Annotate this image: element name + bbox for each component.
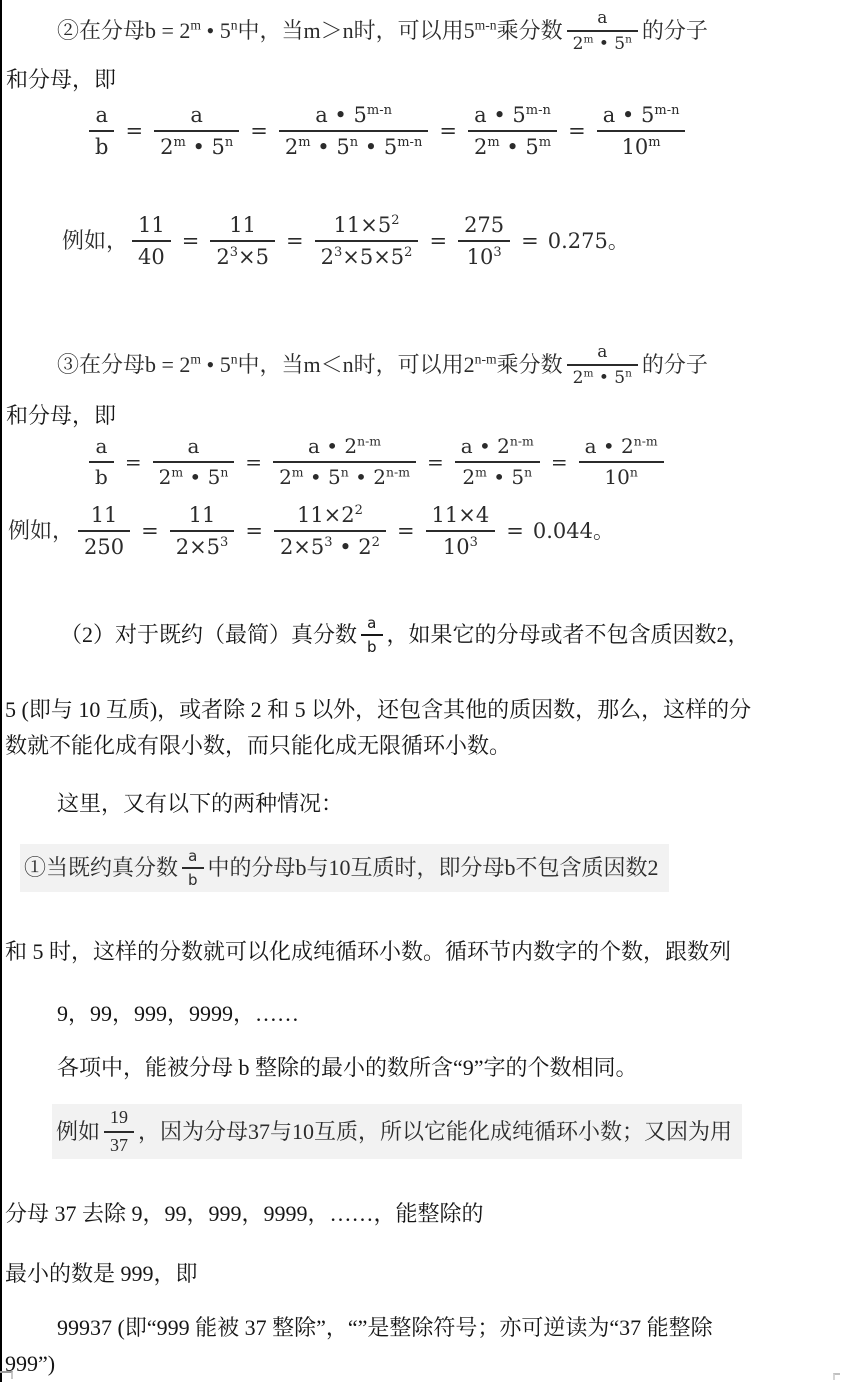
equals-sign: = <box>422 228 454 254</box>
fraction-denominator: 2×53 • 22 <box>274 532 386 560</box>
fraction-numerator: 11 <box>132 212 171 242</box>
paragraph-case3-line1: ③在分母b = 2m • 5n中，当m＜n时，可以用2n-m乘分数 a 2m •… <box>57 342 708 389</box>
equals-sign: = <box>175 228 207 254</box>
fraction-numerator: 275 <box>458 212 510 242</box>
fraction-numerator: a • 5m-n <box>597 102 686 132</box>
paragraph-nines-sequence: 9，99，999，9999，…… <box>57 996 299 1032</box>
fraction-denominator: 37 <box>104 1133 134 1157</box>
fraction: a • 5m-n 10m <box>597 102 686 161</box>
fraction-numerator: 11 <box>78 502 130 532</box>
fraction-denominator: 2m • 5n <box>455 463 540 490</box>
fraction-numerator: a <box>154 102 239 132</box>
equals-sign: = <box>499 518 531 544</box>
equals-sign: = <box>118 450 149 475</box>
equals-sign: = <box>432 118 464 144</box>
fraction-denominator: 23×5×52 <box>315 242 419 270</box>
paragraph-item2-line3: 数就不能化成有限小数，而只能化成无限循环小数。 <box>5 728 511 764</box>
fraction-denominator: 10n <box>579 463 664 490</box>
document-page: ②在分母b = 2m • 5n中，当m＞n时，可以用5m-n乘分数 a 2m •… <box>0 0 842 1382</box>
fraction-numerator: a <box>89 434 114 463</box>
example37-text1: 例如 <box>56 1114 100 1150</box>
fraction-numerator: a • 2n-m <box>579 434 664 463</box>
paragraph-and5: 和 5 时，这样的分数就可以化成纯循环小数。循环节内数字的个数，跟数列 <box>5 934 731 970</box>
paragraph-case2-text1: ②在分母b = 2m • 5n中，当m＞n时，可以用5m-n乘分数 <box>57 13 563 49</box>
paragraph-divide37: 分母 37 去除 9，99，999，9999，……，能整除的 <box>5 1196 484 1232</box>
fraction: a • 5m-n 2m • 5m <box>468 102 557 161</box>
fraction-denominator: 2m • 5n • 5m-n <box>279 132 428 160</box>
example-label: 例如， <box>8 518 74 546</box>
fraction: 11×4 103 <box>426 502 496 561</box>
equals-sign: = <box>238 450 269 475</box>
paragraph-terms: 各项中，能被分母 b 整除的最小的数所含“9”字的个数相同。 <box>57 1050 638 1086</box>
scroll-corner-mark-right <box>833 1373 840 1380</box>
fraction-denominator: 2m • 5m <box>468 132 557 160</box>
paragraph-example-19-37: 例如 19 37 ，因为分母37与10互质，所以它能化成纯循环小数；又因为用 <box>52 1104 742 1159</box>
fraction-a-over-b: a b <box>89 434 114 490</box>
fraction-numerator: a • 5m-n <box>468 102 557 132</box>
paragraph-subcase1: ①当既约真分数 a b 中的分母b与10互质时，即分母b不包含质因数2 <box>20 844 669 892</box>
example37-text2: ，因为分母37与10互质，所以它能化成纯循环小数；又因为用 <box>138 1114 732 1150</box>
fraction-a-over-b: a b <box>182 847 204 889</box>
example-label: 例如， <box>62 228 128 256</box>
formula-case3: a b = a 2m • 5n = a • 2n-m 2m • 5n • 2n-… <box>85 434 668 490</box>
paragraph-case2-line2: 和分母，即 <box>6 62 116 98</box>
fraction: 11 250 <box>78 502 130 561</box>
fraction-denominator: 103 <box>458 242 510 270</box>
example-result: 0.044。 <box>531 518 614 544</box>
fraction: a • 2n-m 2m • 5n • 2n-m <box>273 434 416 490</box>
paragraph-case3-line2: 和分母，即 <box>6 398 116 434</box>
fraction-numerator: a <box>153 434 235 463</box>
paragraph-case2-line1: ②在分母b = 2m • 5n中，当m＞n时，可以用5m-n乘分数 a 2m •… <box>57 8 708 55</box>
fraction: 11×22 2×53 • 22 <box>274 502 386 561</box>
paragraph-case2-text2: 的分子 <box>642 13 708 49</box>
paragraph-subcase1-text1: ①当既约真分数 <box>24 850 178 886</box>
fraction-denominator: 10m <box>597 132 686 160</box>
equals-sign: = <box>390 518 422 544</box>
paragraph-case3-text1: ③在分母b = 2m • 5n中，当m＜n时，可以用2n-m乘分数 <box>57 347 563 383</box>
paragraph-item2-text1: （2）对于既约（最简）真分数 <box>60 617 357 653</box>
fraction-denominator: 2×53 <box>170 532 235 560</box>
page-left-border <box>0 0 2 1382</box>
fraction-denominator: b <box>182 869 204 889</box>
fraction-denominator: 103 <box>426 532 496 560</box>
paragraph-smallest: 最小的数是 999，即 <box>5 1256 198 1292</box>
fraction-numerator: 11 <box>170 502 235 532</box>
example-result: 0.275。 <box>546 228 629 254</box>
fraction-numerator: 19 <box>104 1107 134 1133</box>
fraction: 11 2×53 <box>170 502 235 561</box>
fraction-denominator: 2m • 5n • 2n-m <box>273 463 416 490</box>
fraction-19-over-37: 19 37 <box>104 1107 134 1156</box>
fraction-numerator: a <box>361 614 383 636</box>
fraction-denominator: 250 <box>78 532 130 560</box>
equals-sign: = <box>279 228 311 254</box>
scroll-corner-mark-left <box>0 1371 13 1379</box>
fraction: 11 40 <box>132 212 171 271</box>
equals-sign: = <box>514 228 546 254</box>
fraction-numerator: 11×22 <box>274 502 386 532</box>
paragraph-item2-line1: （2）对于既约（最简）真分数 a b ，如果它的分母或者不包含质因数2， <box>60 614 750 656</box>
fraction: 275 103 <box>458 212 510 271</box>
fraction-numerator: a <box>567 8 638 32</box>
fraction-a-over-2m5n: a 2m • 5n <box>567 8 638 55</box>
paragraph-two-cases: 这里，又有以下的两种情况： <box>57 786 343 822</box>
equals-sign: = <box>134 518 166 544</box>
fraction-denominator: 2m • 5n <box>153 463 235 490</box>
example-case2: 例如， 11 40 = 11 23×5 = 11×52 23×5×52 = 27… <box>62 212 629 271</box>
fraction-denominator: b <box>89 132 114 160</box>
paragraph-item2-line2: 5 (即与 10 互质)，或者除 2 和 5 以外，还包含其他的质因数，那么，这… <box>5 692 751 728</box>
equals-sign: = <box>561 118 593 144</box>
fraction-numerator: 11 <box>210 212 275 242</box>
fraction-numerator: 11×52 <box>315 212 419 242</box>
paragraph-note-line1: 99937 (即“999 能被 37 整除”，“”是整除符号；亦可逆读为“37 … <box>57 1310 713 1346</box>
fraction-denominator: 2m • 5n <box>567 32 638 54</box>
fraction-a-over-b: a b <box>89 102 114 161</box>
example-case3: 例如， 11 250 = 11 2×53 = 11×22 2×53 • 22 =… <box>8 502 614 561</box>
fraction-numerator: a • 2n-m <box>455 434 540 463</box>
fraction-a-over-2m5n: a 2m • 5n <box>567 342 638 389</box>
equals-sign: = <box>238 518 270 544</box>
fraction-denominator: 40 <box>132 242 171 270</box>
equals-sign: = <box>420 450 451 475</box>
fraction: 11 23×5 <box>210 212 275 271</box>
fraction-a-over-b: a b <box>361 614 383 656</box>
paragraph-subcase1-text2: 中的分母b与10互质时，即分母b不包含质因数2 <box>208 850 659 886</box>
fraction-numerator: a • 5m-n <box>279 102 428 132</box>
paragraph-item2-text2: ，如果它的分母或者不包含质因数2， <box>387 617 750 653</box>
fraction-denominator: b <box>89 463 114 490</box>
fraction-numerator: 11×4 <box>426 502 496 532</box>
equals-sign: = <box>243 118 275 144</box>
fraction-denominator: 2m • 5n <box>567 366 638 388</box>
fraction-denominator: 2m • 5n <box>154 132 239 160</box>
fraction: a 2m • 5n <box>153 434 235 490</box>
fraction-denominator: b <box>361 636 383 656</box>
fraction: a 2m • 5n <box>154 102 239 161</box>
fraction-denominator: 23×5 <box>210 242 275 270</box>
fraction: 11×52 23×5×52 <box>315 212 419 271</box>
fraction-numerator: a <box>182 847 204 869</box>
fraction: a • 5m-n 2m • 5n • 5m-n <box>279 102 428 161</box>
equals-sign: = <box>544 450 575 475</box>
fraction: a • 2n-m 10n <box>579 434 664 490</box>
paragraph-case3-text2: 的分子 <box>642 347 708 383</box>
equals-sign: = <box>118 118 150 144</box>
formula-case2: a b = a 2m • 5n = a • 5m-n 2m • 5n • 5m-… <box>85 102 689 161</box>
fraction-numerator: a <box>89 102 114 132</box>
fraction-numerator: a <box>567 342 638 366</box>
fraction-numerator: a • 2n-m <box>273 434 416 463</box>
fraction: a • 2n-m 2m • 5n <box>455 434 540 490</box>
